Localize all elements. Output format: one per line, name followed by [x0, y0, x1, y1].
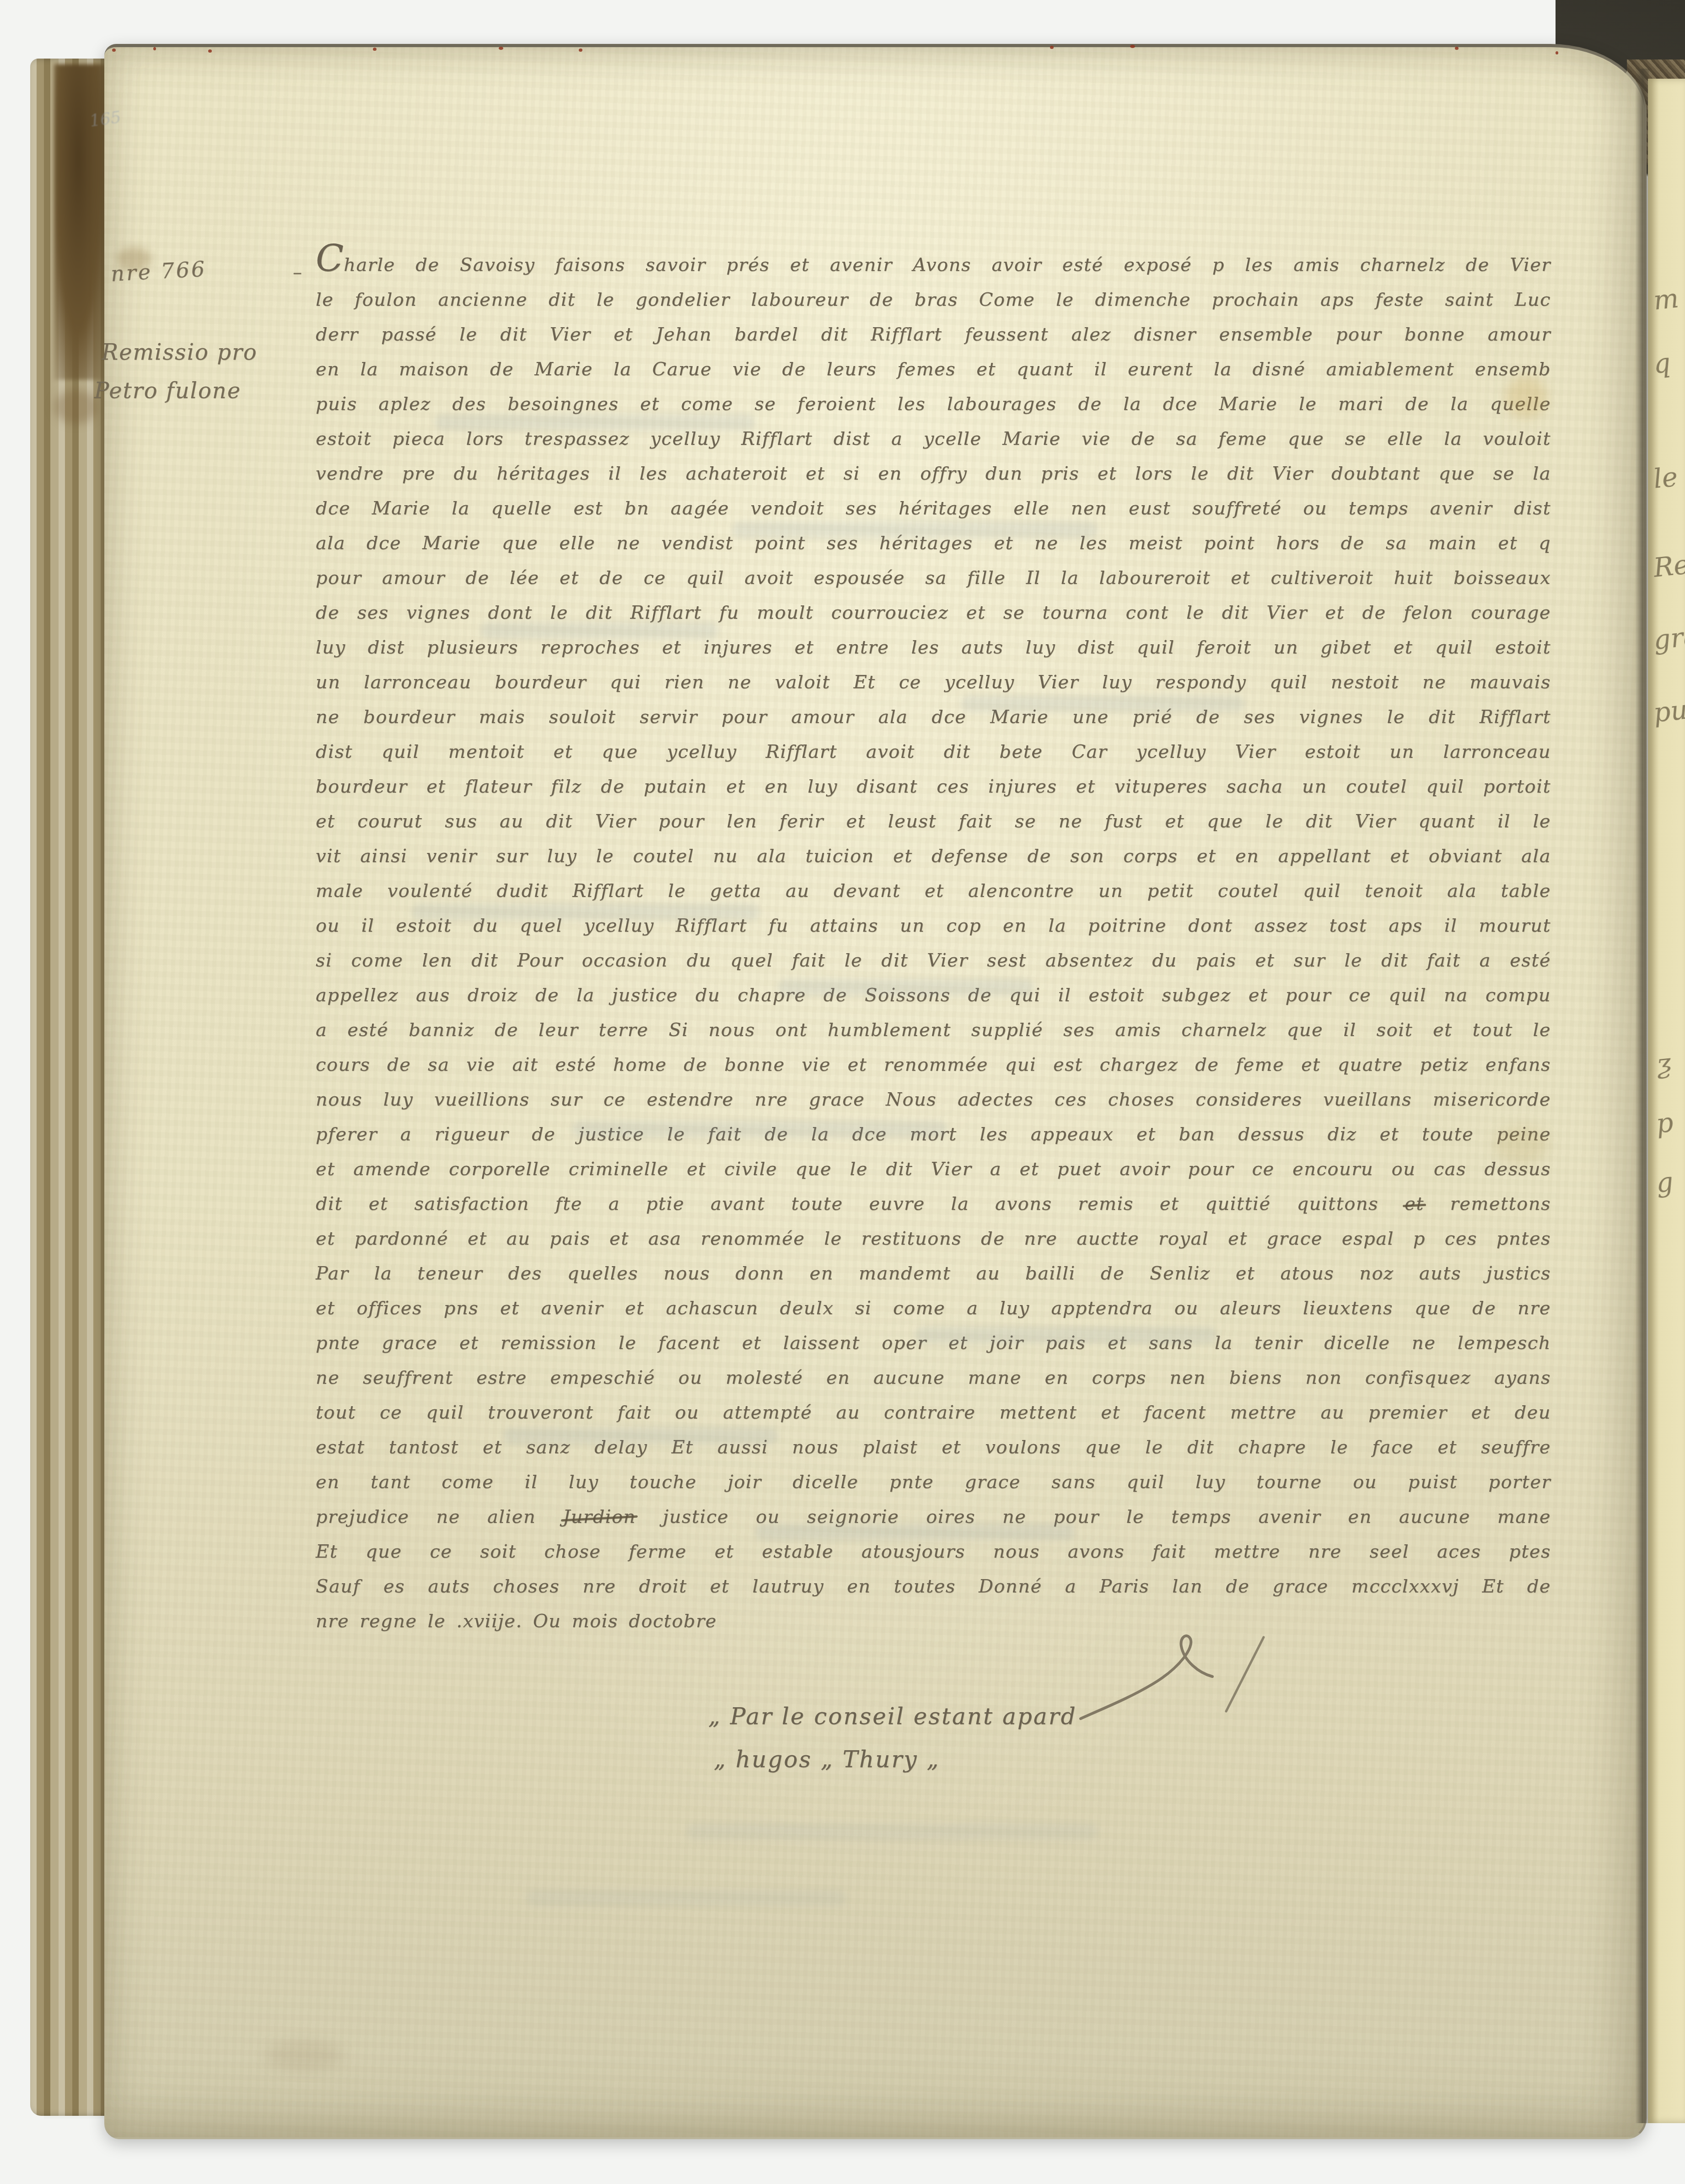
body-line: ne bourdeur mais souloit servir pour amo… [316, 700, 1551, 734]
ink-showthrough [961, 696, 1244, 712]
body-text: Charle de Savoisy faisons savoir prés et… [316, 248, 1551, 1639]
red-speck [1455, 47, 1459, 50]
margin-rubric-line2: Petro fulone [94, 378, 241, 404]
stain [1494, 1126, 1549, 1164]
body-line: Sauf es auts choses nre droit et lautruy… [316, 1569, 1551, 1604]
body-line: dit et satisfaction fte a ptie avant tou… [316, 1186, 1551, 1221]
body-line: Charle de Savoisy faisons savoir prés et… [316, 248, 1551, 282]
body-line: bourdeur et flateur filz de putain et en… [316, 769, 1551, 804]
ink-showthrough [686, 1823, 1098, 1840]
ink-showthrough [732, 522, 1098, 538]
body-line: a esté banniz de leur terre Si nous ont … [316, 1013, 1551, 1047]
margin-tick: – [293, 262, 302, 283]
next-folio-writing-fragment: ƺ [1655, 1047, 1673, 1079]
stain [265, 2041, 343, 2070]
stain [54, 390, 98, 424]
ink-showthrough [435, 414, 755, 431]
signature-line-council: „ Par le conseil estant apard [708, 1703, 1077, 1730]
next-folio-writing-fragment: q [1652, 347, 1672, 380]
body-line: estat tantost et sanz delay Et aussi nou… [316, 1430, 1551, 1465]
red-speck [208, 49, 212, 53]
body-line: Par la teneur des quelles nous donn en m… [316, 1256, 1551, 1291]
red-speck [373, 48, 377, 51]
ink-showthrough [778, 979, 1034, 996]
next-folio-edge [1648, 79, 1685, 2123]
struck-word: et [1405, 1193, 1424, 1214]
body-line: en tant come il luy touche joir dicelle … [316, 1465, 1551, 1499]
body-line: derr passé le dit Vier et Jehan bardel d… [316, 317, 1551, 352]
gutter-shadow [1635, 69, 1649, 2123]
body-line: et amende corporelle criminelle et civil… [316, 1152, 1551, 1186]
next-folio-writing-fragment: Rem [1652, 546, 1685, 583]
body-line: si come len dit Pour occasion du quel fa… [316, 943, 1551, 978]
stain [1505, 376, 1547, 418]
next-folio-writing-fragment: g [1655, 1166, 1675, 1199]
red-speck [1130, 45, 1135, 48]
ink-showthrough [412, 904, 759, 920]
body-line: et courut sus au dit Vier pour len ferir… [316, 804, 1551, 839]
body-line: en la maison de Marie la Carue vie de le… [316, 352, 1551, 387]
ink-showthrough [526, 1890, 846, 1906]
body-line: tout ce quil trouveront fait ou attempté… [316, 1395, 1551, 1430]
body-line: ne seuffrent estre empeschié ou molesté … [316, 1360, 1551, 1395]
ink-showthrough [755, 1524, 1075, 1540]
next-folio-writing-fragment: pu [1652, 694, 1685, 728]
next-folio-writing-fragment: p [1655, 1106, 1675, 1139]
red-speck [579, 49, 582, 52]
red-speck [153, 47, 156, 50]
body-line: male voulenté dudit Rifflart le getta au… [316, 874, 1551, 908]
struck-word: Jurdion [563, 1506, 636, 1527]
red-speck [1050, 46, 1054, 49]
opening-initial: C [316, 237, 344, 280]
body-line: nous luy vueillions sur ce estendre nre … [316, 1082, 1551, 1117]
body-line: nre regne le .xviije. Ou mois doctobre [316, 1604, 1551, 1639]
body-line: et pardonné et au pais et asa renommée l… [316, 1221, 1551, 1256]
ink-showthrough [572, 1121, 947, 1138]
next-folio-writing-fragment: gra [1652, 620, 1685, 656]
next-folio-writing-fragment: le [1652, 461, 1680, 494]
body-line: le foulon ancienne dit le gondelier labo… [316, 282, 1551, 317]
red-speck [499, 47, 503, 50]
body-line: cours de sa vie ait esté home de bonne v… [316, 1047, 1551, 1082]
stain [117, 247, 151, 271]
body-line: pour amour de lée et de ce quil avoit es… [316, 561, 1551, 595]
body-line: vit ainsi venir sur luy le coutel nu ala… [316, 839, 1551, 874]
body-line: dist quil mentoit et que ycelluy Rifflar… [316, 734, 1551, 769]
signature-line-clerk: „ hugos „ Thury „ [714, 1746, 940, 1773]
red-speck [1556, 51, 1558, 54]
margin-rubric-line1: Remissio pro [102, 340, 258, 365]
body-line: dce Marie la quelle est bn aagée vendoit… [316, 491, 1551, 526]
manuscript-photo: mqleRemgrapuƺpg 165 nre 766 Remissio pro… [0, 0, 1685, 2184]
body-line: vendre pre du héritages il les achateroi… [316, 456, 1551, 491]
ink-showthrough [915, 1327, 1217, 1343]
body-line: un larronceau bourdeur qui rien ne valoi… [316, 665, 1551, 700]
ink-showthrough [480, 622, 718, 639]
body-line: et offices pns et avenir et achascun deu… [316, 1291, 1551, 1326]
next-folio-writing-fragment: m [1652, 282, 1680, 316]
red-speck [112, 49, 116, 52]
ink-showthrough [503, 1428, 778, 1444]
paraph-flourish [1075, 1629, 1272, 1734]
